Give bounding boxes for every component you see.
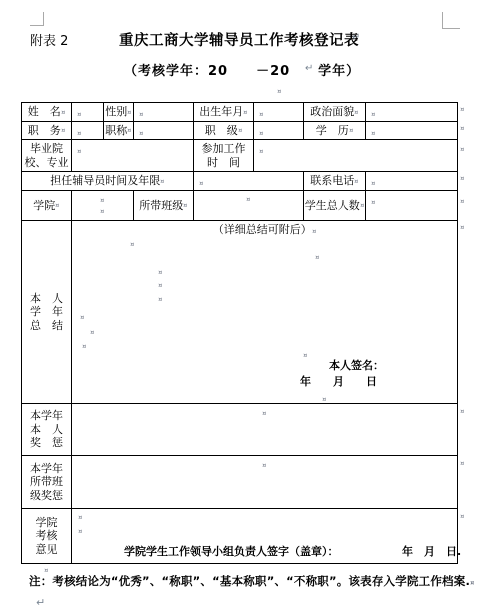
row-end-mark: ¤ [460, 125, 464, 131]
paragraph-end-mark: ¤ [315, 254, 319, 260]
paragraph-end-mark: ¤ [303, 352, 307, 358]
paragraph-end-mark: ¤ [130, 241, 134, 247]
field-counselor-tenure[interactable]: ¤ [194, 172, 304, 191]
cell-end-mark: ¤ [246, 196, 250, 219]
paragraph-end-mark: ¤ [78, 528, 82, 534]
field-college[interactable]: ¤¤ [72, 191, 134, 221]
row-end-mark: ¤ [460, 175, 464, 181]
assessment-year-subtitle: （考核学年：20 －20 学年） [124, 60, 360, 79]
row-end-mark: ¤ [460, 460, 464, 466]
label-classes-led: 所带班级¤ [134, 191, 194, 221]
cell-end-mark: ¤ [100, 208, 104, 214]
field-phone[interactable]: ¤ [366, 172, 458, 191]
label-political-status: 政治面貌¤ [304, 103, 366, 122]
cell-end-mark: ¤ [61, 127, 65, 133]
paragraph-end-mark: ¤ [158, 296, 162, 302]
field-name[interactable]: ¤ [72, 103, 104, 122]
cell-end-mark: ¤ [371, 199, 375, 205]
cell-end-mark: ¤ [259, 111, 263, 117]
label-personal-rewards: 本学年 本 人 奖 惩 [22, 404, 72, 456]
cell-end-mark: ¤ [349, 127, 353, 133]
cell-end-mark: ¤ [371, 130, 375, 136]
row-end-mark: ¤ [460, 106, 464, 112]
field-political-status[interactable]: ¤ [366, 103, 458, 122]
field-class-rewards[interactable]: ¤ [72, 456, 458, 509]
row-end-mark: ¤ [460, 224, 464, 230]
cell-end-mark: ¤ [139, 111, 143, 117]
cell-end-mark: ¤ [312, 228, 316, 234]
cell-end-mark: ¤ [77, 148, 81, 154]
cell-end-mark: ¤ [354, 109, 358, 115]
label-college: 学院¤ [22, 191, 72, 221]
paragraph-end-mark: ¤ [277, 88, 281, 94]
label-professional-title: 职称¤ [104, 122, 134, 140]
field-college-opinion[interactable]: ¤ ¤ 学院学生工作领导小组负责人签字（盖章）： 年 月 日. [72, 509, 458, 564]
paragraph-end-mark: ¤ [158, 282, 162, 288]
document-subtitle-line: （考核学年：20 －20 学年） ↵ [0, 60, 482, 78]
paragraph-end-mark: ¤ [322, 396, 326, 402]
field-duty[interactable]: ¤ [72, 122, 104, 140]
row-end-mark: ¤ [460, 198, 464, 204]
label-counselor-tenure: 担任辅导员时间及年限¤ [22, 172, 194, 191]
cell-end-mark: ¤ [243, 109, 247, 115]
cell-end-mark: ¤ [77, 111, 81, 117]
label-total-students: 学生总人数¤ [304, 191, 366, 221]
margin-corner-mark-right [442, 12, 460, 29]
cell-end-mark: ¤ [199, 180, 203, 186]
field-personal-rewards[interactable]: ¤ [72, 404, 458, 456]
label-duty: 职 务¤ [22, 122, 72, 140]
label-education: 学 历¤ [304, 122, 366, 140]
row-end-mark: ¤ [460, 513, 464, 519]
cell-end-mark: ¤ [77, 130, 81, 136]
cell-end-mark: ¤ [183, 202, 187, 208]
cell-end-mark: ¤ [262, 410, 266, 452]
label-college-opinion: 学院 考核 意见 [22, 509, 72, 564]
field-gender[interactable]: ¤ [134, 103, 194, 122]
cell-end-mark: ¤ [100, 197, 104, 203]
summary-date-label: 年 月 日 [300, 375, 377, 389]
field-grade[interactable]: ¤ [254, 122, 304, 140]
cell-end-mark: ¤ [238, 127, 242, 133]
cell-end-mark: ¤ [139, 130, 143, 136]
pilcrow-icon: ↵ [352, 33, 360, 43]
cell-end-mark: ¤ [262, 462, 266, 505]
document-header: 附表 2 重庆工商大学辅导员工作考核登记表 ↵ [0, 29, 482, 47]
field-education[interactable]: ¤ [366, 122, 458, 140]
label-phone: 联系电话¤ [304, 172, 366, 191]
paragraph-end-mark: ¤ [80, 314, 84, 320]
pilcrow-icon: ↵ [305, 64, 313, 74]
row-end-mark: ¤ [460, 408, 464, 414]
label-work-start-time: 参加工作 时 间 [194, 140, 254, 172]
pilcrow-icon: ↵ [36, 598, 45, 608]
summary-hint: （详细总结可附后）¤ [72, 223, 457, 237]
field-total-students[interactable]: ¤ [366, 191, 458, 221]
cell-end-mark: ¤ [160, 178, 164, 184]
label-graduate-school: 毕业院 校、专业 [22, 140, 72, 172]
paragraph-end-mark: ¤ [78, 514, 82, 520]
field-classes-led[interactable]: ¤ [194, 191, 304, 221]
label-grade: 职 级¤ [194, 122, 254, 140]
label-class-rewards: 本学年 所带班 级奖惩 [22, 456, 72, 509]
field-birth-date[interactable]: ¤ [254, 103, 304, 122]
appendix-tag: 附表 2 [30, 30, 68, 49]
label-gender: 性别¤ [104, 103, 134, 122]
cell-end-mark: ¤ [127, 127, 131, 133]
paragraph-end-mark: ¤ [90, 329, 94, 335]
field-professional-title[interactable]: ¤ [134, 122, 194, 140]
assessment-form-table: 姓 名¤ ¤ 性别¤ ¤ 出生年月¤ ¤ 政治面貌¤ ¤ 职 务¤ ¤ 职称¤ … [21, 102, 458, 564]
field-work-start-time[interactable]: ¤ [254, 140, 458, 172]
leader-signature-label: 学院学生工作领导小组负责人签字（盖章）： [124, 545, 339, 559]
cell-end-mark: ¤ [371, 111, 375, 117]
label-birth-date: 出生年月¤ [194, 103, 254, 122]
footer-note: 注：考核结论为“优秀”、“称职”、“基本称职”、“不称职”。该表存入学院工作档案… [29, 573, 469, 589]
cell-end-mark: ¤ [360, 202, 364, 208]
cell-end-mark: ¤ [354, 178, 358, 184]
cell-end-mark: ¤ [371, 180, 375, 186]
label-personal-annual-summary: 本 人 学 年 总 结 [22, 221, 72, 404]
document-title: 重庆工商大学辅导员工作考核登记表 [119, 29, 359, 50]
margin-corner-mark-left [30, 12, 44, 26]
paragraph-end-mark: ¤ [82, 343, 86, 349]
paragraph-end-mark: ¤ [158, 269, 162, 275]
label-name: 姓 名¤ [22, 103, 72, 122]
cell-end-mark: ¤ [259, 130, 263, 136]
row-end-mark: ¤ [460, 146, 464, 152]
field-personal-annual-summary[interactable]: （详细总结可附后）¤ ¤ ¤ ¤ ¤ ¤ ¤ ¤ ¤ ¤ 本人签名： 年 月 日… [72, 221, 458, 404]
cell-end-mark: ¤ [61, 109, 65, 115]
cell-end-mark: ¤ [127, 109, 131, 115]
cell-end-mark: ¤ [470, 580, 474, 586]
opinion-date-label: 年 月 日. [402, 545, 461, 559]
cell-end-mark: ¤ [55, 202, 59, 208]
personal-signature-label: 本人签名： [329, 359, 384, 373]
word-document-page: 附表 2 重庆工商大学辅导员工作考核登记表 ↵ （考核学年：20 －20 学年）… [0, 0, 482, 613]
field-graduate-school[interactable]: ¤ [72, 140, 194, 172]
cell-end-mark: ¤ [259, 148, 263, 154]
